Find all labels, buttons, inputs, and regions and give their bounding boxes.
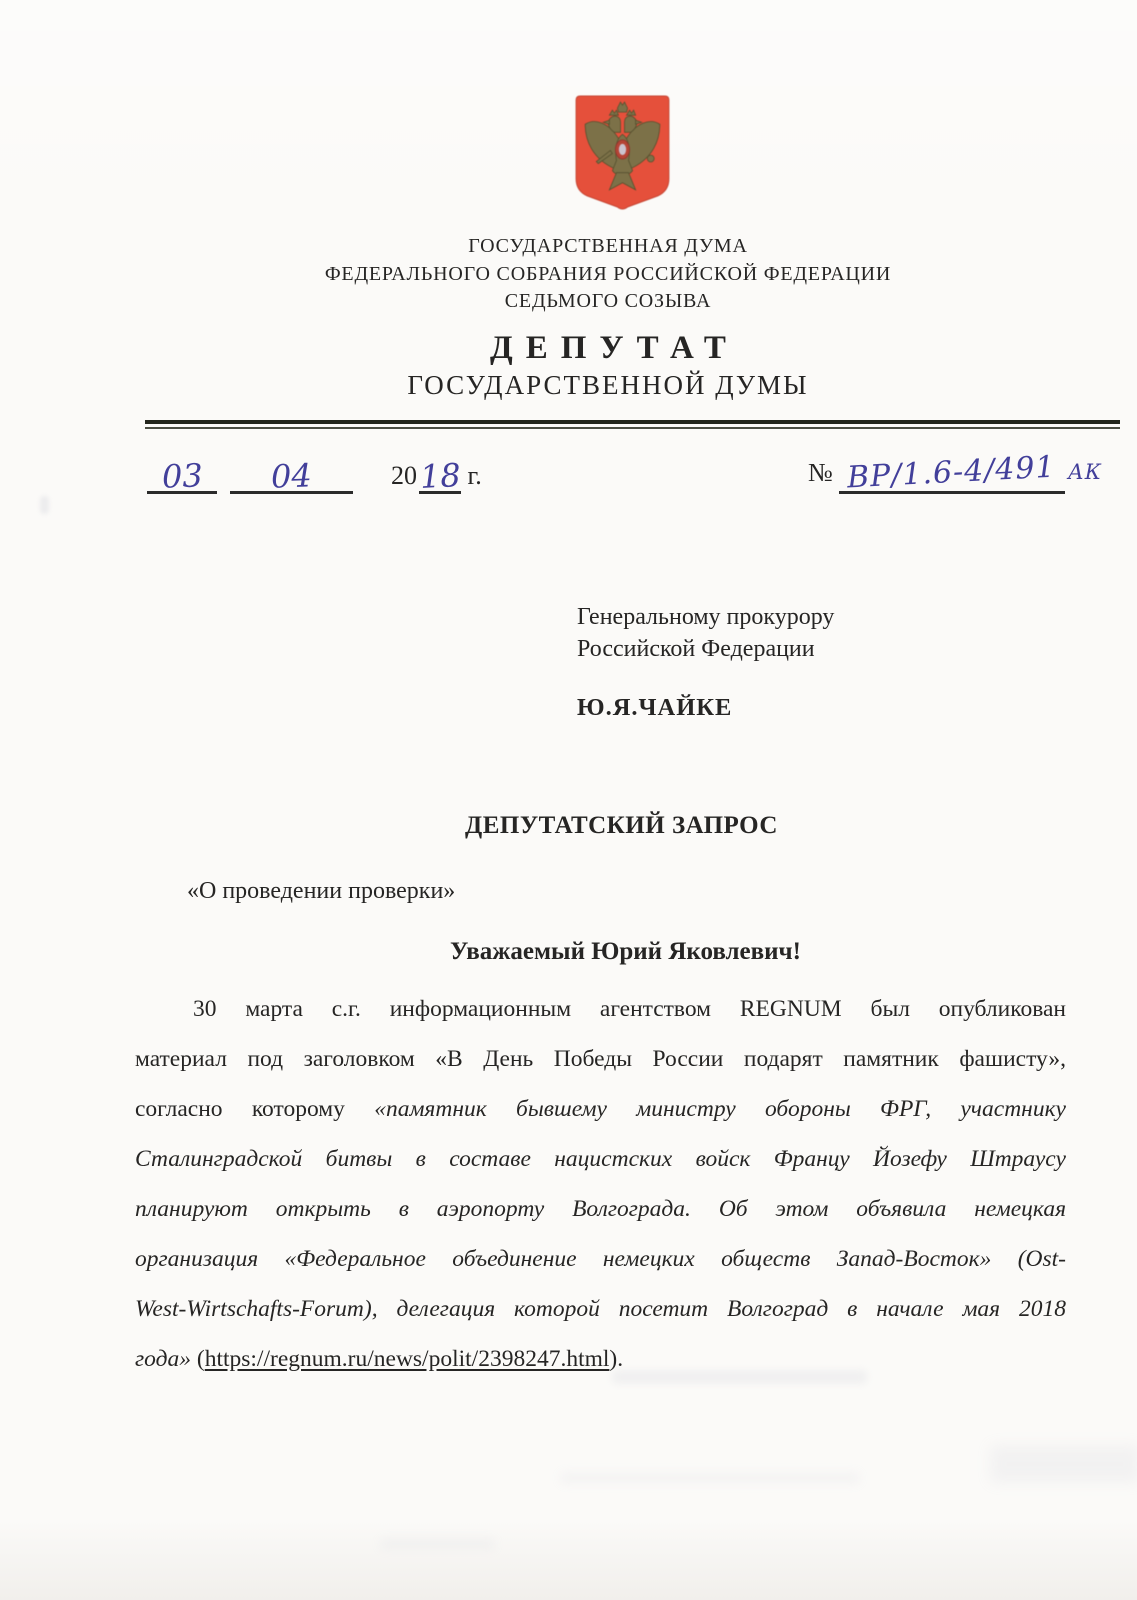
year-label: г. bbox=[468, 461, 482, 491]
body-line: Сталинградской битвы в составе нацистски… bbox=[135, 1134, 1066, 1184]
addressee-line-2: Российской Федерации bbox=[577, 633, 834, 665]
body-text-segment: планируют открыть в аэропорту Волгограда… bbox=[135, 1196, 1066, 1222]
number-blank: ВР/1.6-4/491 bbox=[839, 457, 1065, 494]
body-line: планируют открыть в аэропорту Волгограда… bbox=[135, 1184, 1066, 1234]
number-field: №ВР/1.6-4/491АК bbox=[808, 457, 1102, 494]
letterhead-line-2: ФЕДЕРАЛЬНОГО СОБРАНИЯ РОССИЙСКОЙ ФЕДЕРАЦ… bbox=[135, 261, 1081, 289]
date-fields: 03042018 г. bbox=[147, 457, 482, 494]
body-text-segment: согласно которому bbox=[135, 1096, 374, 1122]
bleed-through-mark bbox=[560, 1472, 860, 1484]
body-text-segment: Сталинградской битвы в составе нацистски… bbox=[135, 1146, 1066, 1172]
number-label: № bbox=[808, 458, 833, 488]
salutation: Уважаемый Юрий Яковлевич! bbox=[450, 938, 801, 966]
divider-thick-line bbox=[145, 420, 1120, 424]
body-line: 30 марта с.г. информационным агентством … bbox=[135, 984, 1066, 1034]
body-text-segment: 30 марта с.г. информационным агентством … bbox=[193, 996, 1066, 1022]
addressee-line-1: Генеральному прокурору bbox=[577, 601, 834, 633]
handwritten-number-suffix: АК bbox=[1068, 462, 1102, 483]
document-title: ДЕПУТАТСКИЙ ЗАПРОС bbox=[465, 812, 778, 840]
year-blank: 18 bbox=[419, 457, 461, 494]
document-subject: «О проведении проверки» bbox=[187, 878, 455, 905]
bleed-through-mark bbox=[612, 1370, 867, 1384]
letterhead-divider bbox=[145, 420, 1120, 429]
body-text-segment: организация «Федеральное объединение нем… bbox=[135, 1246, 1066, 1272]
body-text-segment: года» bbox=[135, 1346, 191, 1372]
body-text-segment: West-Wirtschafts-Forum), делегация котор… bbox=[135, 1296, 1066, 1322]
bleed-through-mark bbox=[380, 1538, 495, 1550]
year-prefix: 20 bbox=[391, 461, 417, 491]
request-body: 30 марта с.г. информационным агентством … bbox=[135, 984, 1066, 1384]
scanned-letter-page: ГОСУДАРСТВЕННАЯ ДУМА ФЕДЕРАЛЬНОГО СОБРАН… bbox=[0, 0, 1137, 1600]
russia-coat-of-arms-icon bbox=[566, 94, 679, 211]
body-line: года» (https://regnum.ru/news/polit/2398… bbox=[135, 1334, 1066, 1384]
letterhead-title: ДЕПУТАТ bbox=[135, 329, 1081, 367]
handwritten-day: 03 bbox=[161, 459, 203, 492]
url-text: https://regnum.ru/news/polit/2398247.htm… bbox=[205, 1346, 610, 1372]
day-blank: 03 bbox=[147, 457, 217, 494]
body-text-segment: ). bbox=[609, 1346, 623, 1372]
addressee-block: Генеральному прокурору Российской Федера… bbox=[577, 601, 834, 724]
body-line: West-Wirtschafts-Forum), делегация котор… bbox=[135, 1284, 1066, 1334]
divider-thin-line bbox=[145, 427, 1120, 429]
letterhead-subtitle: ГОСУДАРСТВЕННОЙ ДУМЫ bbox=[135, 369, 1081, 402]
body-line: организация «Федеральное объединение нем… bbox=[135, 1234, 1066, 1284]
handwritten-year: 18 bbox=[419, 459, 461, 493]
body-line: материал под заголовком «В День Победы Р… bbox=[135, 1034, 1066, 1084]
body-text-segment: «памятник бывшему министру обороны ФРГ, … bbox=[374, 1096, 1066, 1122]
handwritten-number: ВР/1.6-4/491 bbox=[847, 453, 1057, 494]
body-text-segment: материал под заголовком «В День Победы Р… bbox=[135, 1046, 1066, 1072]
body-text-segment: ( bbox=[191, 1346, 205, 1372]
addressee-name: Ю.Я.ЧАЙКЕ bbox=[577, 692, 834, 724]
scan-edge-mark bbox=[40, 496, 49, 514]
letterhead: ГОСУДАРСТВЕННАЯ ДУМА ФЕДЕРАЛЬНОГО СОБРАН… bbox=[135, 233, 1081, 402]
emblem-rider bbox=[619, 144, 626, 155]
body-line: согласно которому «памятник бывшему мини… bbox=[135, 1084, 1066, 1134]
month-blank: 04 bbox=[230, 457, 353, 494]
date-number-line: 03042018 г. №ВР/1.6-4/491АК bbox=[0, 446, 1137, 498]
bleed-through-mark bbox=[990, 1445, 1137, 1483]
letterhead-line-3: СЕДЬМОГО СОЗЫВА bbox=[135, 288, 1081, 316]
handwritten-month: 04 bbox=[271, 459, 313, 492]
letterhead-line-1: ГОСУДАРСТВЕННАЯ ДУМА bbox=[135, 233, 1081, 261]
